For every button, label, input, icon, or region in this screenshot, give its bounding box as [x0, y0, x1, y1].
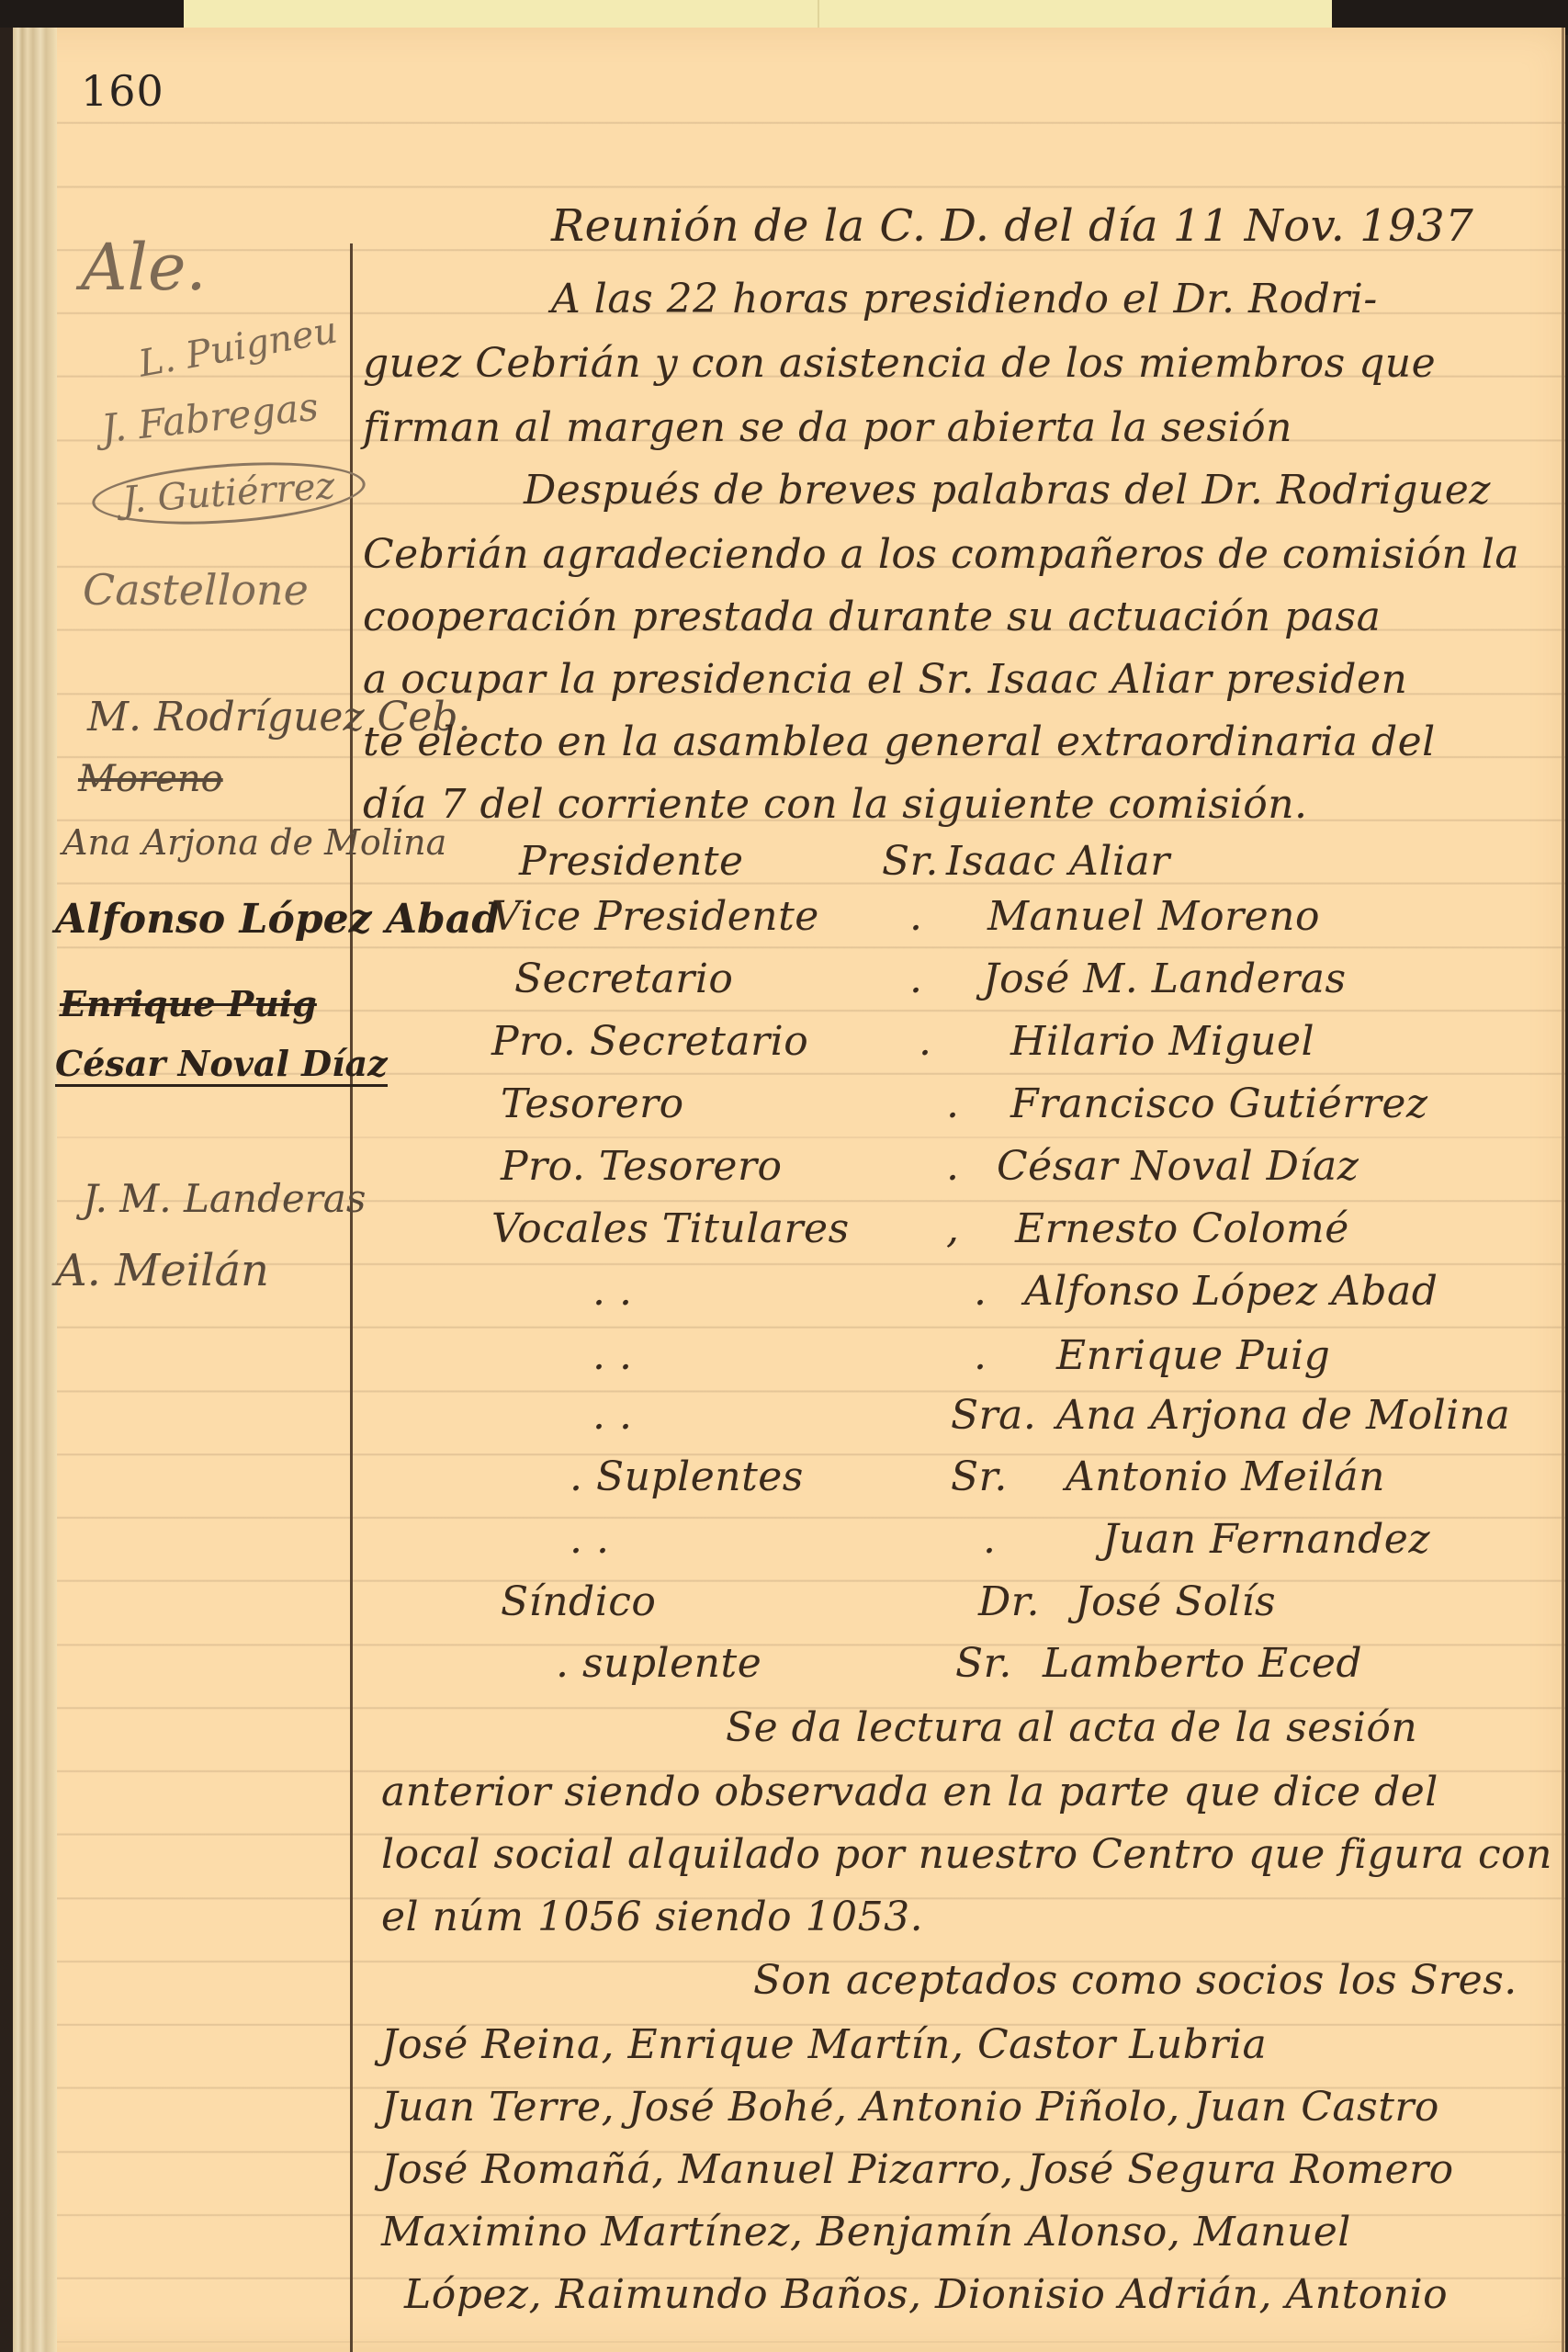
member-name: César Noval Díaz: [997, 1143, 1359, 1190]
role: . suplente: [556, 1640, 761, 1687]
text-line: día 7 del corriente con la siguiente com…: [363, 781, 1308, 828]
prefix: .: [974, 1268, 987, 1315]
text-line: Juan Terre, José Bohé, Antonio Piñolo, J…: [381, 2084, 1439, 2131]
role: Presidente: [519, 838, 744, 885]
signature: Alfonso López Abad: [55, 896, 500, 943]
signature: Enrique Puig: [60, 983, 317, 1024]
role: Pro. Tesorero: [501, 1143, 782, 1190]
text-line: anterior siendo observada en la parte qu…: [381, 1769, 1438, 1815]
text-line: el núm 1056 siendo 1053.: [381, 1894, 923, 1940]
role: Tesorero: [501, 1080, 684, 1127]
text-line: José Romañá, Manuel Pizarro, José Segura…: [381, 2146, 1454, 2193]
text-line: guez Cebrián y con asistencia de los mie…: [363, 340, 1436, 387]
member-name: Ernesto Colomé: [1015, 1205, 1349, 1252]
text-line: Maximino Martínez, Benjamín Alonso, Manu…: [381, 2209, 1351, 2256]
text-line: Son aceptados como socios los Sres.: [753, 1957, 1517, 2004]
role: Pro. Secretario: [491, 1018, 808, 1065]
prefix: .: [946, 1143, 960, 1190]
role: . .: [592, 1392, 632, 1439]
member-name: Lamberto Eced: [1043, 1640, 1362, 1687]
prefix: .: [909, 955, 923, 1002]
member-name: Manuel Moreno: [987, 893, 1320, 940]
member-name: Ana Arjona de Molina: [1056, 1392, 1510, 1439]
prefix: .: [974, 1332, 987, 1379]
text-line: A las 22 horas presidiendo el Dr. Rodri-: [551, 276, 1378, 322]
member-name: José M. Landeras: [983, 955, 1347, 1002]
prefix: Sra.: [951, 1392, 1036, 1439]
minutes-heading: Reunión de la C. D. del día 11 Nov. 1937: [551, 200, 1473, 252]
prefix: .: [909, 893, 923, 940]
text-line: local social alquilado por nuestro Centr…: [381, 1831, 1552, 1878]
prefix: Dr.: [978, 1578, 1040, 1625]
role: . Suplentes: [570, 1453, 804, 1500]
prefix: Sr.: [882, 838, 939, 885]
role: . .: [592, 1332, 632, 1379]
text-line: te electo en la asamblea general extraor…: [363, 718, 1436, 765]
page-right-edge: [1562, 28, 1564, 2352]
signature: César Noval Díaz: [55, 1043, 388, 1087]
prefix: .: [946, 1080, 960, 1127]
text-line: Después de breves palabras del Dr. Rodri…: [524, 467, 1491, 514]
paper-fold: [818, 0, 819, 29]
member-name: Antonio Meilán: [1066, 1453, 1385, 1500]
member-name: Enrique Puig: [1056, 1332, 1330, 1379]
page-number: 160: [81, 66, 164, 116]
text-line: Se da lectura al acta de la sesión: [726, 1704, 1417, 1751]
role: Síndico: [501, 1578, 656, 1625]
prefix: .: [983, 1516, 997, 1563]
adjacent-paper-sheet: [184, 0, 1332, 29]
role: Secretario: [514, 955, 733, 1002]
text-line: Cebrián agradeciendo a los compañeros de…: [363, 531, 1519, 578]
page-edges: [0, 28, 57, 2352]
signature: Castellone: [83, 565, 309, 615]
prefix: .: [919, 1018, 932, 1065]
signature: A. Meilán: [55, 1245, 269, 1296]
signature: Ana Arjona de Molina: [62, 822, 446, 863]
signature: J. M. Landeras: [83, 1176, 366, 1221]
text-line: cooperación prestada durante su actuació…: [363, 594, 1381, 640]
member-name: Hilario Miguel: [1010, 1018, 1314, 1065]
role: . .: [570, 1516, 609, 1563]
role: Vice Presidente: [491, 893, 819, 940]
text-line: a ocupar la presidencia el Sr. Isaac Ali…: [363, 656, 1407, 703]
role: Vocales Titulares: [491, 1205, 850, 1252]
prefix: Sr.: [951, 1453, 1008, 1500]
member-name: Juan Fernandez: [1102, 1516, 1430, 1563]
margin-rule: [350, 243, 353, 2352]
prefix: Sr.: [955, 1640, 1012, 1687]
signature: Moreno: [78, 758, 223, 800]
member-name: José Solís: [1075, 1578, 1276, 1625]
role: . .: [592, 1268, 632, 1315]
member-name: Isaac Aliar: [946, 838, 1170, 885]
text-line: López, Raimundo Baños, Dionisio Adrián, …: [404, 2271, 1448, 2318]
text-line: firman al margen se da por abierta la se…: [363, 404, 1292, 451]
prefix: ,: [946, 1205, 960, 1252]
text-line: José Reina, Enrique Martín, Castor Lubri…: [381, 2021, 1267, 2068]
member-name: Alfonso López Abad: [1024, 1268, 1438, 1315]
member-name: Francisco Gutiérrez: [1010, 1080, 1428, 1127]
signature: Ale.: [81, 230, 207, 305]
